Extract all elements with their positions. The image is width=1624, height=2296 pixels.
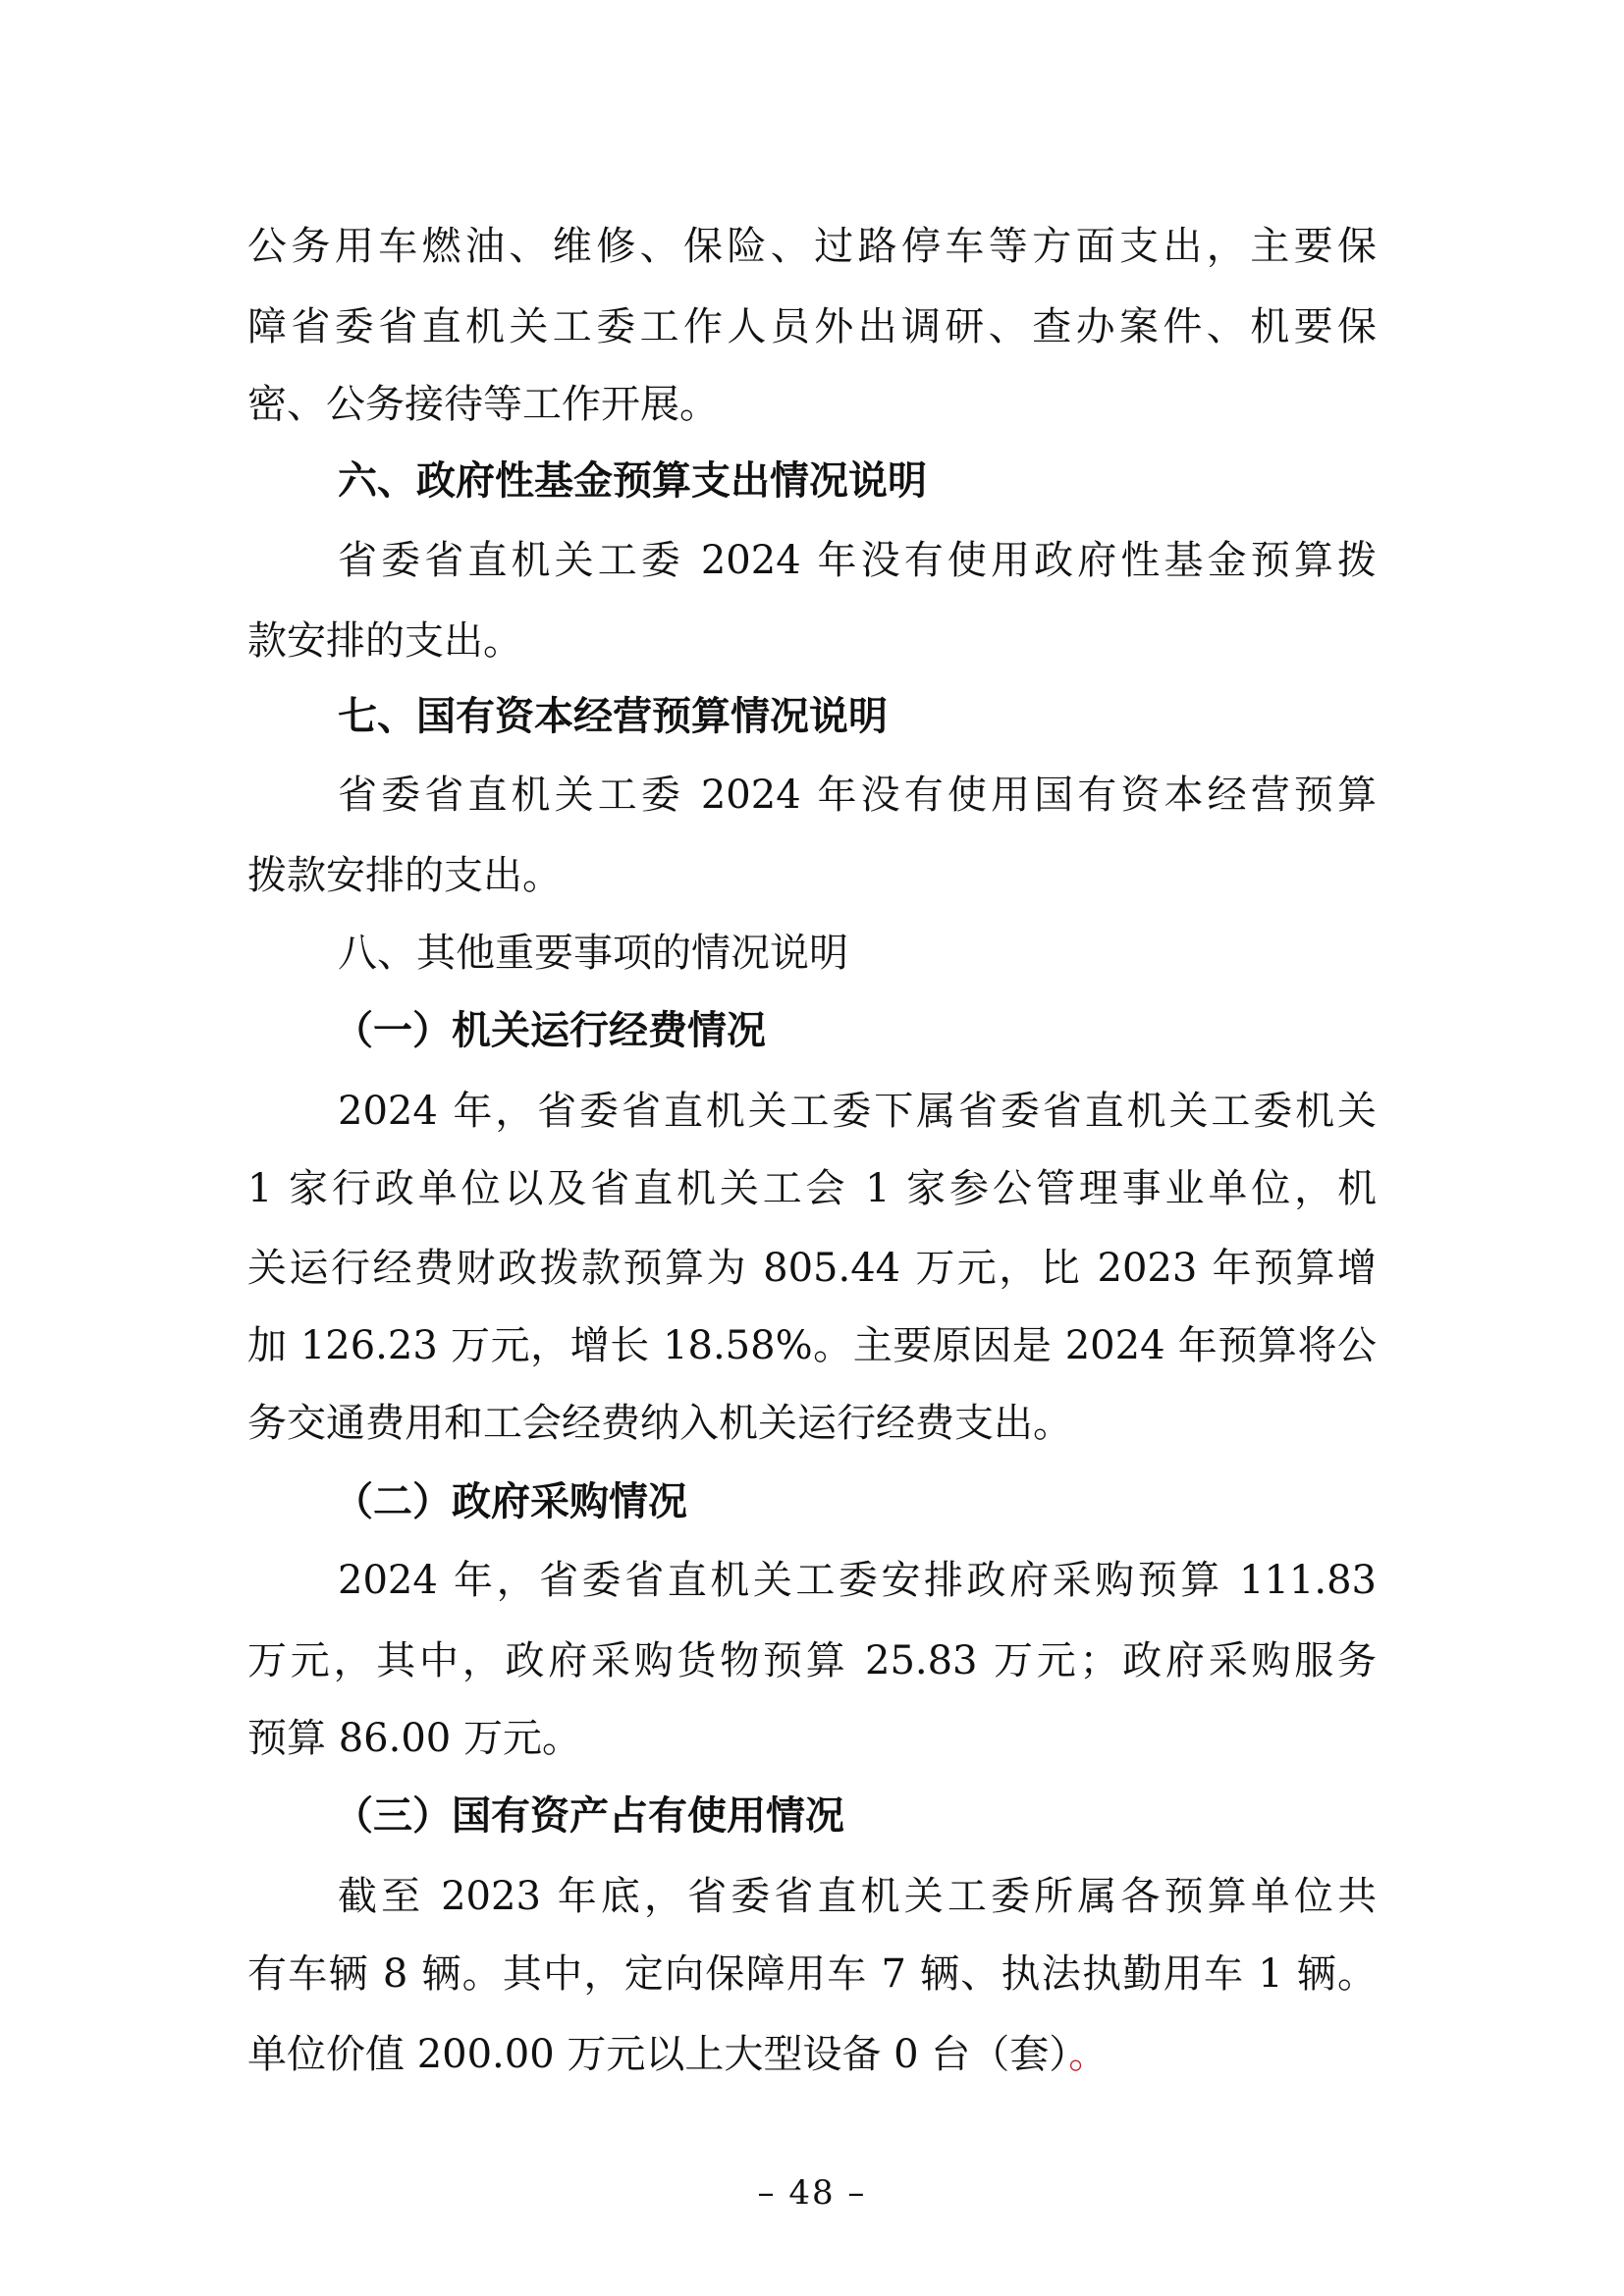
body-line: 万元，其中，政府采购货物预算 25.83 万元；政府采购服务	[247, 1622, 1377, 1700]
subsection-heading-1: （一）机关运行经费情况	[334, 991, 1373, 1070]
page-number: – 48 –	[714, 2171, 910, 2215]
section-heading-6: 六、政府性基金预算支出情况说明	[338, 442, 1377, 520]
body-line: 关运行经费财政拨款预算为 805.44 万元，比 2023 年预算增	[247, 1229, 1377, 1308]
subsection-heading-3: （三）国有资产占有使用情况	[334, 1777, 1373, 1855]
document-page: 公务用车燃油、维修、保险、过路停车等方面支出，主要保 障省委省直机关工委工作人员…	[0, 0, 1624, 2296]
body-line: 预算 86.00 万元。	[247, 1699, 1377, 1778]
body-line: 省委省直机关工委 2024 年没有使用政府性基金预算拨	[338, 521, 1377, 600]
subsection-heading-2: （二）政府采购情况	[334, 1463, 1373, 1541]
body-line-last: 单位价值 200.00 万元以上大型设备 0 台（套）。	[247, 2015, 1377, 2094]
body-line: 拨款安排的支出。	[247, 836, 1377, 915]
body-line: 2024 年，省委省直机关工委安排政府采购预算 111.83	[338, 1541, 1377, 1620]
section-heading-8: 八、其他重要事项的情况说明	[338, 914, 1377, 992]
body-line: 2024 年，省委省直机关工委下属省委省直机关工委机关	[338, 1072, 1377, 1150]
body-line-text: 单位价值 200.00 万元以上大型设备 0 台（套）	[247, 2032, 1068, 2077]
body-line: 1 家行政单位以及省直机关工会 1 家参公管理事业单位，机	[247, 1149, 1377, 1228]
body-line: 加 126.23 万元，增长 18.58%。主要原因是 2024 年预算将公	[247, 1307, 1377, 1385]
body-line: 省委省直机关工委 2024 年没有使用国有资本经营预算	[338, 756, 1377, 834]
section-heading-7: 七、国有资本经营预算情况说明	[338, 677, 1377, 756]
body-line: 务交通费用和工会经费纳入机关运行经费支出。	[247, 1384, 1377, 1463]
body-line: 障省委省直机关工委工作人员外出调研、查办案件、机要保	[247, 288, 1377, 366]
body-line: 款安排的支出。	[247, 602, 1377, 680]
body-line: 密、公务接待等工作开展。	[247, 365, 1377, 444]
body-line: 有车辆 8 辆。其中，定向保障用车 7 辆、执法执勤用车 1 辆。	[247, 1935, 1377, 2013]
body-line: 公务用车燃油、维修、保险、过路停车等方面支出，主要保	[247, 207, 1377, 286]
body-line: 截至 2023 年底，省委省直机关工委所属各预算单位共	[338, 1857, 1377, 1936]
red-period-mark: 。	[1068, 2032, 1108, 2077]
